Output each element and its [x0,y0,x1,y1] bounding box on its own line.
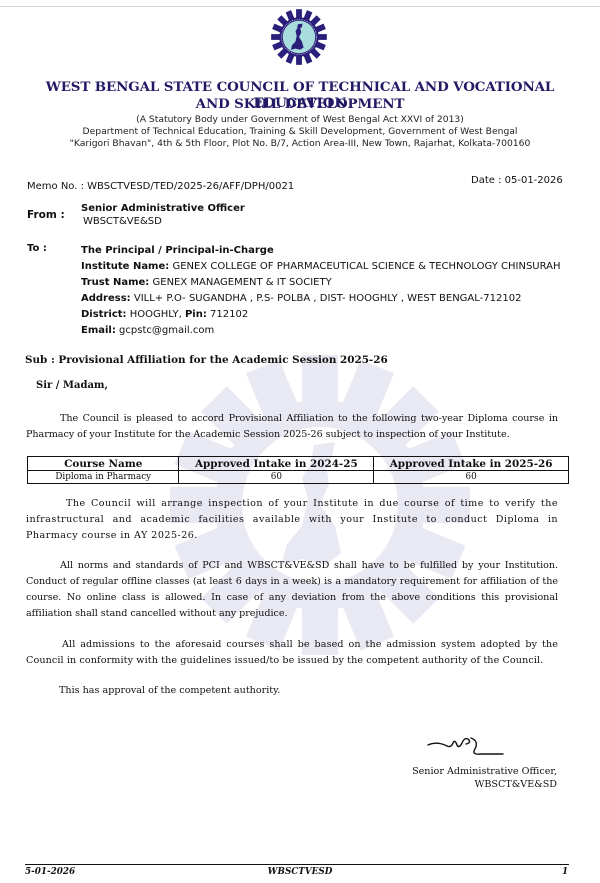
paragraph-admissions: All admissions to the aforesaid courses … [26,637,558,669]
page-top-border [0,6,600,7]
salutation: Sir / Madam, [36,380,108,391]
institute-name-line: Institute Name: GENEX COLLEGE OF PHARMAC… [81,259,561,275]
signatory-block: Senior Administrative Officer, WBSCT&VE&… [412,765,557,791]
email-line: Email: gcpstc@gmail.com [81,323,561,339]
course-name-cell: Diploma in Pharmacy [28,471,179,484]
paragraph-inspection: The Council will arrange inspection of y… [26,496,558,544]
paragraph-approval: This has approval of the competent autho… [26,683,558,699]
signatory-title: Senior Administrative Officer, [412,765,557,778]
memo-date: Date : 05-01-2026 [471,175,563,186]
subject-line: Sub : Provisional Affiliation for the Ac… [25,354,388,366]
council-address: "Karigori Bhavan", 4th & 5th Floor, Plot… [0,138,600,149]
from-org: WBSCT&VE&SD [83,216,162,227]
trust-name-line: Trust Name: GENEX MANAGEMENT & IT SOCIET… [81,275,561,291]
council-title-line2: AND SKILL DEVELOPMENT [0,96,600,112]
table-header-row: Course Name Approved Intake in 2024-25 A… [28,457,569,471]
addressee: The Principal / Principal-in-Charge [81,245,274,256]
district: HOOGHLY, [130,309,182,320]
header-course-name: Course Name [28,457,179,471]
intake-2025-26-cell: 60 [374,471,569,484]
recipient-block: The Principal / Principal-in-Charge Inst… [81,243,561,339]
pin-code: 712102 [210,309,248,320]
institute-name: GENEX COLLEGE OF PHARMACEUTICAL SCIENCE … [172,261,560,272]
statutory-note: (A Statutory Body under Government of We… [0,114,600,125]
footer-org: WBSCTVESD [0,867,600,877]
footer-divider [25,864,569,865]
paragraph-norms: All norms and standards of PCI and WBSCT… [26,558,558,622]
to-label: To : [27,243,47,254]
district-line: District: HOOGHLY, Pin: 712102 [81,307,561,323]
paragraph-affiliation: The Council is pleased to accord Provisi… [26,411,558,443]
trust-name: GENEX MANAGEMENT & IT SOCIETY [153,277,332,288]
institute-address: VILL+ P.O- SUGANDHA , P.S- POLBA , DIST-… [134,293,522,304]
memo-number: Memo No. : WBSCTVESD/TED/2025-26/AFF/DPH… [27,181,294,192]
department-line: Department of Technical Education, Train… [0,126,600,137]
from-label: From : [27,209,65,221]
table-row: Diploma in Pharmacy 60 60 [28,471,569,484]
intake-2024-25-cell: 60 [179,471,374,484]
signature-icon [425,731,505,759]
from-name: Senior Administrative Officer [81,203,245,214]
header-intake-2025-26: Approved Intake in 2025-26 [374,457,569,471]
council-emblem-icon [270,8,328,66]
address-line: Address: VILL+ P.O- SUGANDHA , P.S- POLB… [81,291,561,307]
header-intake-2024-25: Approved Intake in 2024-25 [179,457,374,471]
email-address: gcpstc@gmail.com [119,325,214,336]
signatory-org: WBSCT&VE&SD [412,778,557,791]
course-intake-table: Course Name Approved Intake in 2024-25 A… [27,456,569,484]
page-number: 1 [562,867,568,877]
